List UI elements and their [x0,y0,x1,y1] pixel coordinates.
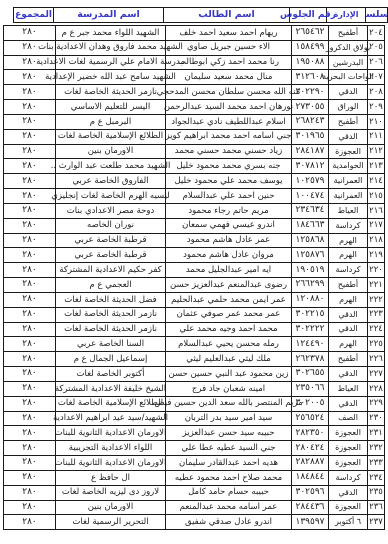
serial-cell: ٢١٩ [367,248,384,262]
table-row: ٢٣٤ كرداسة ١٨٤٨٤٤ محمد صلاح احمد محمود ع… [4,470,384,485]
student-name-cell: اندرو عادل صدقي شفيق [165,515,291,529]
table-row: ٢٣٠ الصف ٢٥٦٥٢٤ سيد امير سيد بدر التربان… [4,411,384,426]
table-row: ٢١٥ العمرانية ١٠٠٤٧٤ حنين احمد علي عبدال… [4,188,384,203]
student-name-cell: حبيبه حسام حامد كامل [165,486,291,500]
total-cell: ٢٨٠ [4,278,55,292]
school-name-cell: فضل الحديثة الخاصة لغات [55,293,165,307]
serial-cell: ٢٣٠ [367,412,384,426]
serial-cell: ٢١٣ [367,159,384,173]
serial-cell: ٢٠٤ [367,26,384,40]
seat-number-cell: ٢٦٨٢٤٣ [291,115,328,129]
student-name-cell: زياد حسني محمد حسني محمد [165,145,291,159]
seat-number-cell: ٣٠٢٦٥٥ [291,367,328,381]
student-name-cell: عمر ايمن محمد حلمي عبدالحليم [165,293,291,307]
table-row: ٢٣٦ العجوزة ٢٨٤٤٣٦ عمر اسامه محمد عبدالم… [4,500,384,515]
table-row: ٢١٦ العياط ٢٣٤٦٣٤ مريم حاتم رجاء محمود د… [4,203,384,218]
header-cell-seat-number: رقم الجلوس [289,8,326,22]
school-name-cell: قرطبة الخاصة عربي [55,234,165,248]
admin-cell: العجوزة [328,456,367,470]
seat-number-cell: ١٨٤٨٤٤ [291,471,328,485]
school-name-cell: الشهيد محمد فاروق وهدان الاعدادية بنات [55,41,165,55]
student-name-cell: اندرو عيسي فهمي سمعان [165,219,291,233]
student-name-cell: مريم حاتم رجاء محمود [165,204,291,218]
admin-cell: الدقي [328,367,367,381]
table-row: ٢١٢ العجوزة ٢٨٤١٨٧ زياد حسني محمد حسني م… [4,144,384,159]
serial-cell: ٢٣١ [367,426,384,440]
seat-number-cell: ١٥٨٤٩٩ [291,41,328,55]
serial-cell: ٢١٤ [367,174,384,188]
school-name-cell: الاورمان الاعدادية الثانوية للبنات [55,426,165,440]
table-row: ٢٣٣ العجوزة ٢٨٢٨٨٧ هديه احمد عبدالقادر س… [4,455,384,470]
school-name-cell: كفر حكيم الاعدادية المشتركة [55,263,165,277]
student-name-cell: جني اسامه احمد محمد ابراهيم كويز [165,130,291,144]
total-cell: ٢٨٠ [4,26,55,40]
total-cell: ٢٨٠ [4,367,55,381]
seat-number-cell: ١٠٢٥٧٩ [291,174,328,188]
serial-cell: ٢٢٨ [367,382,384,396]
admin-cell: الهرم [328,234,367,248]
total-cell: ٢٨٠ [4,174,55,188]
admin-cell: الهرم [328,248,367,262]
total-cell: ٢٨٠ [4,100,55,114]
total-cell: ٢٨٠ [4,248,55,262]
student-name-cell: محمد احمد وجيه محمد علي [165,323,291,337]
admin-cell: ٦ أكتوبر [328,515,367,529]
table-row: ٢٢١ أطفيح ٢٦٦٢٩٩ رضوى عبدالمنعم عبدالعزي… [4,277,384,292]
school-name-cell: نازمر الحديثة الخاصة لغات [55,308,165,322]
seat-number-cell: ١٩٥٠٨٨ [291,56,328,70]
school-name-cell: أكتوبر الخاصة لغات [55,367,165,381]
total-cell: ٢٨٠ [4,308,55,322]
total-cell: ٢٨٠ [4,397,55,411]
student-name-cell: محمد صلاح احمد محمود عطيه [165,471,291,485]
seat-number-cell: ٢٦٦٢٩٩ [291,278,328,292]
total-cell: ٢٨٠ [4,189,55,203]
school-name-cell: دوحة مصر الاعدادي بنات [55,204,165,218]
school-name-cell: اللواء الاعدادية التجريبية [55,441,165,455]
serial-cell: ٢٢٢ [367,293,384,307]
student-name-cell: رمله محسن يحيي عبدالسلام [165,337,291,351]
school-name-cell: نوران الخاصه [55,219,165,233]
student-name-cell: حبيبه سيد حسن عبدالعزيز [165,426,291,440]
seat-number-cell: ٢٨٢٣٥٠ [291,426,328,440]
admin-cell: العياط [328,382,367,396]
total-cell: ٢٨٠ [4,515,55,529]
student-name-cell: امينه شعبان جاد فرج [165,382,291,396]
serial-cell: ٢٣٢ [367,441,384,455]
school-name-cell: الاورمان الاعدادية الثانوية للبنات [55,456,165,470]
admin-cell: بولاق الدكرور [328,41,367,55]
school-name-cell: التحرير الرسمية لغات [55,515,165,529]
admin-cell: البدرشين [328,56,367,70]
table-row: ٢٢٠ كرداسة ١٩٠٥١٩ ايه امير عبدالجليل محم… [4,262,384,277]
admin-cell: العجوزة [328,501,367,515]
table-row: ٢٢٩ الدقي ٣٠٢٠٠٥ مريم المنتصر بالله سعد … [4,396,384,411]
total-cell: ٢٨٠ [4,263,55,277]
school-name-cell: الطلائع الإسلامية الخاصة لغات [55,130,165,144]
admin-cell: الدقي [328,486,367,500]
total-cell: ٢٨٠ [4,41,55,55]
total-cell: ٢٨٠ [4,412,55,426]
seat-number-cell: ٢٥٦٥٢٤ [291,412,328,426]
school-name-cell: الشهيد سامح عبد الله خضير الإعدادية [55,70,165,84]
school-name-cell: العجمي ع م [55,278,165,292]
student-name-cell: اسلام عبداللطيف نادي عبدالجواد [165,115,291,129]
school-name-cell: نازمر الحديثة الخاصة لغات [55,85,165,99]
serial-cell: ٢٢٧ [367,367,384,381]
table-row: ٢١٤ العمرانية ١٠٢٥٧٩ يوسف محمد علي محمود… [4,173,384,188]
header-cell-student-name: اسم الطالب [163,8,289,22]
total-cell: ٢٨٠ [4,456,55,470]
admin-cell: الصف [328,412,367,426]
header-cell-school-name: اسم المدرسة [53,8,163,22]
table-row: ٢٣٢ العجوزة ٢٨٠٤٢٤ جني السيد عطيه عطا عل… [4,440,384,455]
total-cell: ٢٨٠ [4,219,55,233]
total-cell: ٢٨٠ [4,85,55,99]
total-cell: ٢٨٠ [4,115,55,129]
admin-cell: الدقي [328,397,367,411]
total-cell: ٢٨٠ [4,70,55,84]
student-name-cell: منال محمد سعيد سليمان [165,70,291,84]
school-name-cell: الشهيد محمد طلعت عبد الوارث .. [55,159,165,173]
admin-cell: كرداسة [328,219,367,233]
seat-number-cell: ٢٦٥٤٦٢ [291,26,328,40]
table-row: ٢٣٥ الدقي ٣٠٢٥٩٦ حبيبه حسام حامد كامل لا… [4,485,384,500]
admin-cell: العمرانية [328,174,367,188]
seat-number-cell: ١٢٥٨٦٨ [291,234,328,248]
table-row: ٢١٣ الحوامدية ٣٠٧٨١٢ جنه بسري محمد محمود… [4,158,384,173]
table-row: ٢٢٧ الدقي ٣٠٢٦٥٥ زين محمود عبد النبي حسي… [4,366,384,381]
total-cell: ٢٨٠ [4,234,55,248]
table-row: ٢٢٥ الهرم ١٢٤٤٩٠ رمله محسن يحيي عبدالسلا… [4,336,384,351]
seat-number-cell: ٣٠٢٢٢٢ [291,323,328,337]
total-cell: ٢٨٠ [4,337,55,351]
student-name-cell: عمر عادل هاشم محمود [165,234,291,248]
admin-cell: الحوامدية [328,159,367,173]
serial-cell: ٢١٨ [367,234,384,248]
seat-number-cell: ١٨٤٦٦٣ [291,219,328,233]
seat-number-cell: ٣١٢٦٠٨ [291,70,328,84]
total-cell: ٢٨٠ [4,323,55,337]
table-row: ٢٠٥ بولاق الدكرور ١٥٨٤٩٩ الاء حسين جبريل… [4,40,384,55]
table-row: ٢٠٧ الواحات البحرية ٣١٢٦٠٨ منال محمد سعي… [4,69,384,84]
seat-number-cell: ١٠٠٤٧٤ [291,189,328,203]
results-document: { "colors": { "header_text": "#3939c6", … [0,0,388,544]
total-cell: ٢٨٠ [4,382,55,396]
school-name-cell: قرطبة الخاصة عربي [55,248,165,262]
admin-cell: الهرم [328,337,367,351]
total-cell: ٢٨٠ [4,130,55,144]
table-row: ٢٠٩ الوراق ٢٧٣٠٥٥ نورهان احمد محمد السيد… [4,99,384,114]
seat-number-cell: ٢٣٥٠٦٦ [291,382,328,396]
admin-cell: الدقي [328,308,367,322]
seat-number-cell: ٣٠٢٥٩٦ [291,486,328,500]
table-row: ٢٠٨ الدقي ٣٠٢٢٩٠ منه الله محسن سلطان محس… [4,84,384,99]
admin-cell: كرداسة [328,471,367,485]
admin-cell: أطفيح [328,352,367,366]
table-row: ٢٠٦ البدرشين ١٩٥٠٨٨ رنا محمد احمد زكي اب… [4,55,384,70]
student-name-cell: مريم المنتصر بالله سعد الدين حسين فيض [165,397,291,411]
total-cell: ٢٨٠ [4,145,55,159]
serial-cell: ٢٢٠ [367,263,384,277]
seat-number-cell: ١٢٤٤٩٠ [291,337,328,351]
seat-number-cell: ٢٣٤٦٣٤ [291,204,328,218]
serial-cell: ٢٠٨ [367,85,384,99]
school-name-cell: السنا الخاصة عربي [55,337,165,351]
admin-cell: أطفيح [328,26,367,40]
student-name-cell: ريهام احمد سعيد احمد خلف [165,26,291,40]
serial-cell: ٢٣٣ [367,456,384,470]
serial-cell: ٢٢١ [367,278,384,292]
admin-cell: الدقي [328,85,367,99]
admin-cell: الدقي [328,323,367,337]
serial-cell: ٢١١ [367,130,384,144]
total-cell: ٢٨٠ [4,501,55,515]
student-name-cell: جني السيد عطيه عطا علي [165,441,291,455]
total-cell: ٢٨٠ [4,471,55,485]
table-row: ٢٣١ العجوزة ٢٨٢٣٥٠ حبيبه سيد حسن عبدالعز… [4,425,384,440]
school-name-cell: الاورمان بنين [55,145,165,159]
header-cell-total: المجموع [14,8,53,22]
seat-number-cell: ٣٠٢٢١٥ [291,308,328,322]
total-cell: ٢٨٠ [4,426,55,440]
serial-cell: ٢١٢ [367,145,384,159]
table-row: ٢١٩ الهرم ١٢٥٨٧٦ مروان عادل هاشم محمود ق… [4,247,384,262]
student-name-cell: ايه امير عبدالجليل محمد [165,263,291,277]
seat-number-cell: ٣٠٧٨١٢ [291,159,328,173]
table-row: ٢١١ الدقي ٣٠١٩٦٥ جني اسامه احمد محمد ابر… [4,129,384,144]
school-name-cell: لاروز دى ليزيه الخاصة لغات [55,486,165,500]
school-name-cell: ال حافظ ع [55,471,165,485]
school-name-cell: الشهيد/سيد عيد ابراهيم الاعدادية [55,412,165,426]
student-name-cell: هديه احمد عبدالقادر سليمان [165,456,291,470]
school-name-cell: نازمر الحديثة الخاصة لغات [55,323,165,337]
admin-cell: كرداسة [328,263,367,277]
school-name-cell: الطلائع الإسلامية الخاصة لغات [55,397,165,411]
student-name-cell: عمر اسامه محمد عبدالمنعم [165,501,291,515]
admin-cell: الواحات البحرية [328,70,367,84]
student-name-cell: سيد امير سيد بدر التربان [165,412,291,426]
school-name-cell: البرمبل ع م [55,115,165,129]
total-cell: ٢٨٠ [4,486,55,500]
results-table-body: ٢٠٤ أطفيح ٢٦٥٤٦٢ ريهام احمد سعيد احمد خل… [3,25,385,530]
seat-number-cell: ٢٨٠٤٢٤ [291,441,328,455]
table-row: ٢١٠ أطفيح ٢٦٨٢٤٣ اسلام عبداللطيف نادي عب… [4,114,384,129]
school-name-cell: الاورمان بنين [55,501,165,515]
total-cell: ٢٨٠ [4,56,55,70]
serial-cell: ٢٢٣ [367,308,384,322]
admin-cell: الهرم [328,293,367,307]
table-row: ٢٢٣ الدقي ٣٠٢٢١٥ عمر محمد عمر صوفي عثمان… [4,307,384,322]
table-row: ٢٢٦ أطفيح ٢٦٢٣٧٨ ملك ليثي عبدالعليم ليثي… [4,351,384,366]
serial-cell: ٢٣٦ [367,501,384,515]
seat-number-cell: ٢٦٢٣٧٨ [291,352,328,366]
serial-cell: ٢٢٥ [367,337,384,351]
table-row: ٢١٨ الهرم ١٢٥٨٦٨ عمر عادل هاشم محمود قرط… [4,233,384,248]
seat-number-cell: ١٢٥٨٧٦ [291,248,328,262]
seat-number-cell: ٢٧٣٠٥٥ [291,100,328,114]
seat-number-cell: ١٢٠٨٨٠ [291,293,328,307]
serial-cell: ٢٠٦ [367,56,384,70]
student-name-cell: عمر محمد عمر صوفي عثمان [165,308,291,322]
school-name-cell: الفاروق الخاصة عربي [55,174,165,188]
admin-cell: الوراق [328,100,367,114]
student-name-cell: نورهان احمد محمد السيد عبدالرحمن [165,100,291,114]
table-row: ٢٠٤ أطفيح ٢٦٥٤٦٢ ريهام احمد سعيد احمد خل… [4,26,384,40]
student-name-cell: رضوى عبدالمنعم عبدالعزيز حسن [165,278,291,292]
serial-cell: ٢١٦ [367,204,384,218]
serial-cell: ٢٣٧ [367,515,384,529]
admin-cell: العجوزة [328,426,367,440]
admin-cell: العجوزة [328,441,367,455]
student-name-cell: منه الله محسن سلطان محسن المدحجي [165,85,291,99]
seat-number-cell: ٢٨٤٤٣٦ [291,501,328,515]
school-name-cell: الشهيد اللواء محمد جبر ع م [55,26,165,40]
header-cell-serial: مسلسل [365,8,387,22]
table-row: ٢١٧ كرداسة ١٨٤٦٦٣ اندرو عيسي فهمي سمعان … [4,218,384,233]
table-header: مسلسل الإدارة رقم الجلوس اسم الطالب اسم … [13,7,388,23]
student-name-cell: جنه بسري محمد محمود خليل [165,159,291,173]
school-name-cell: مدرسة الامام علي الرسمية لغات الاعدادية [55,56,165,70]
admin-cell: العياط [328,204,367,218]
seat-number-cell: ٣٠١٩٦٥ [291,130,328,144]
serial-cell: ٢٢٦ [367,352,384,366]
serial-cell: ٢٢٩ [367,397,384,411]
total-cell: ٢٨٠ [4,352,55,366]
student-name-cell: يوسف محمد علي محمود خليل [165,174,291,188]
admin-cell: أطفيح [328,278,367,292]
student-name-cell: ملك ليثي عبدالعليم ليثي [165,352,291,366]
seat-number-cell: ٢٨٢٨٨٧ [291,456,328,470]
admin-cell: العجوزة [328,145,367,159]
serial-cell: ٢٢٤ [367,323,384,337]
school-name-cell: ليسيه الهرم الخاصة لغات إنجليزي [55,189,165,203]
school-name-cell: الشيخ خليفة الاعدادية المشتركة [55,382,165,396]
serial-cell: ٢٣٥ [367,486,384,500]
serial-cell: ٢١٥ [367,189,384,203]
admin-cell: العمرانية [328,189,367,203]
student-name-cell: زين محمود عبد النبي حسين حسن [165,367,291,381]
serial-cell: ٢٣٤ [367,471,384,485]
seat-number-cell: ١٣٩٥٩٧ [291,515,328,529]
table-row: ٢٢٤ الدقي ٣٠٢٢٢٢ محمد احمد وجيه محمد علي… [4,322,384,337]
serial-cell: ٢١٧ [367,219,384,233]
serial-cell: ٢٠٩ [367,100,384,114]
school-name-cell: اليسر للتعليم الاساسي [55,100,165,114]
student-name-cell: مروان عادل هاشم محمود [165,248,291,262]
table-row: ٢٢٨ العياط ٢٣٥٠٦٦ امينه شعبان جاد فرج ال… [4,381,384,396]
total-cell: ٢٨٠ [4,159,55,173]
school-name-cell: إسماعيل الجمال ع م [55,352,165,366]
admin-cell: الدقي [328,130,367,144]
total-cell: ٢٨٠ [4,293,55,307]
table-row: ٢٣٧ ٦ أكتوبر ١٣٩٥٩٧ اندرو عادل صدقي شفيق… [4,514,384,529]
seat-number-cell: ٢٨٤١٨٧ [291,145,328,159]
student-name-cell: الاء حسين جبريل صاوي [165,41,291,55]
seat-number-cell: ١٩٠٥١٩ [291,263,328,277]
admin-cell: أطفيح [328,115,367,129]
serial-cell: ٢١٠ [367,115,384,129]
total-cell: ٢٨٠ [4,441,55,455]
table-row: ٢٢٢ الهرم ١٢٠٨٨٠ عمر ايمن محمد حلمي عبدا… [4,292,384,307]
student-name-cell: حنين احمد علي عبدالسلام [165,189,291,203]
total-cell: ٢٨٠ [4,204,55,218]
